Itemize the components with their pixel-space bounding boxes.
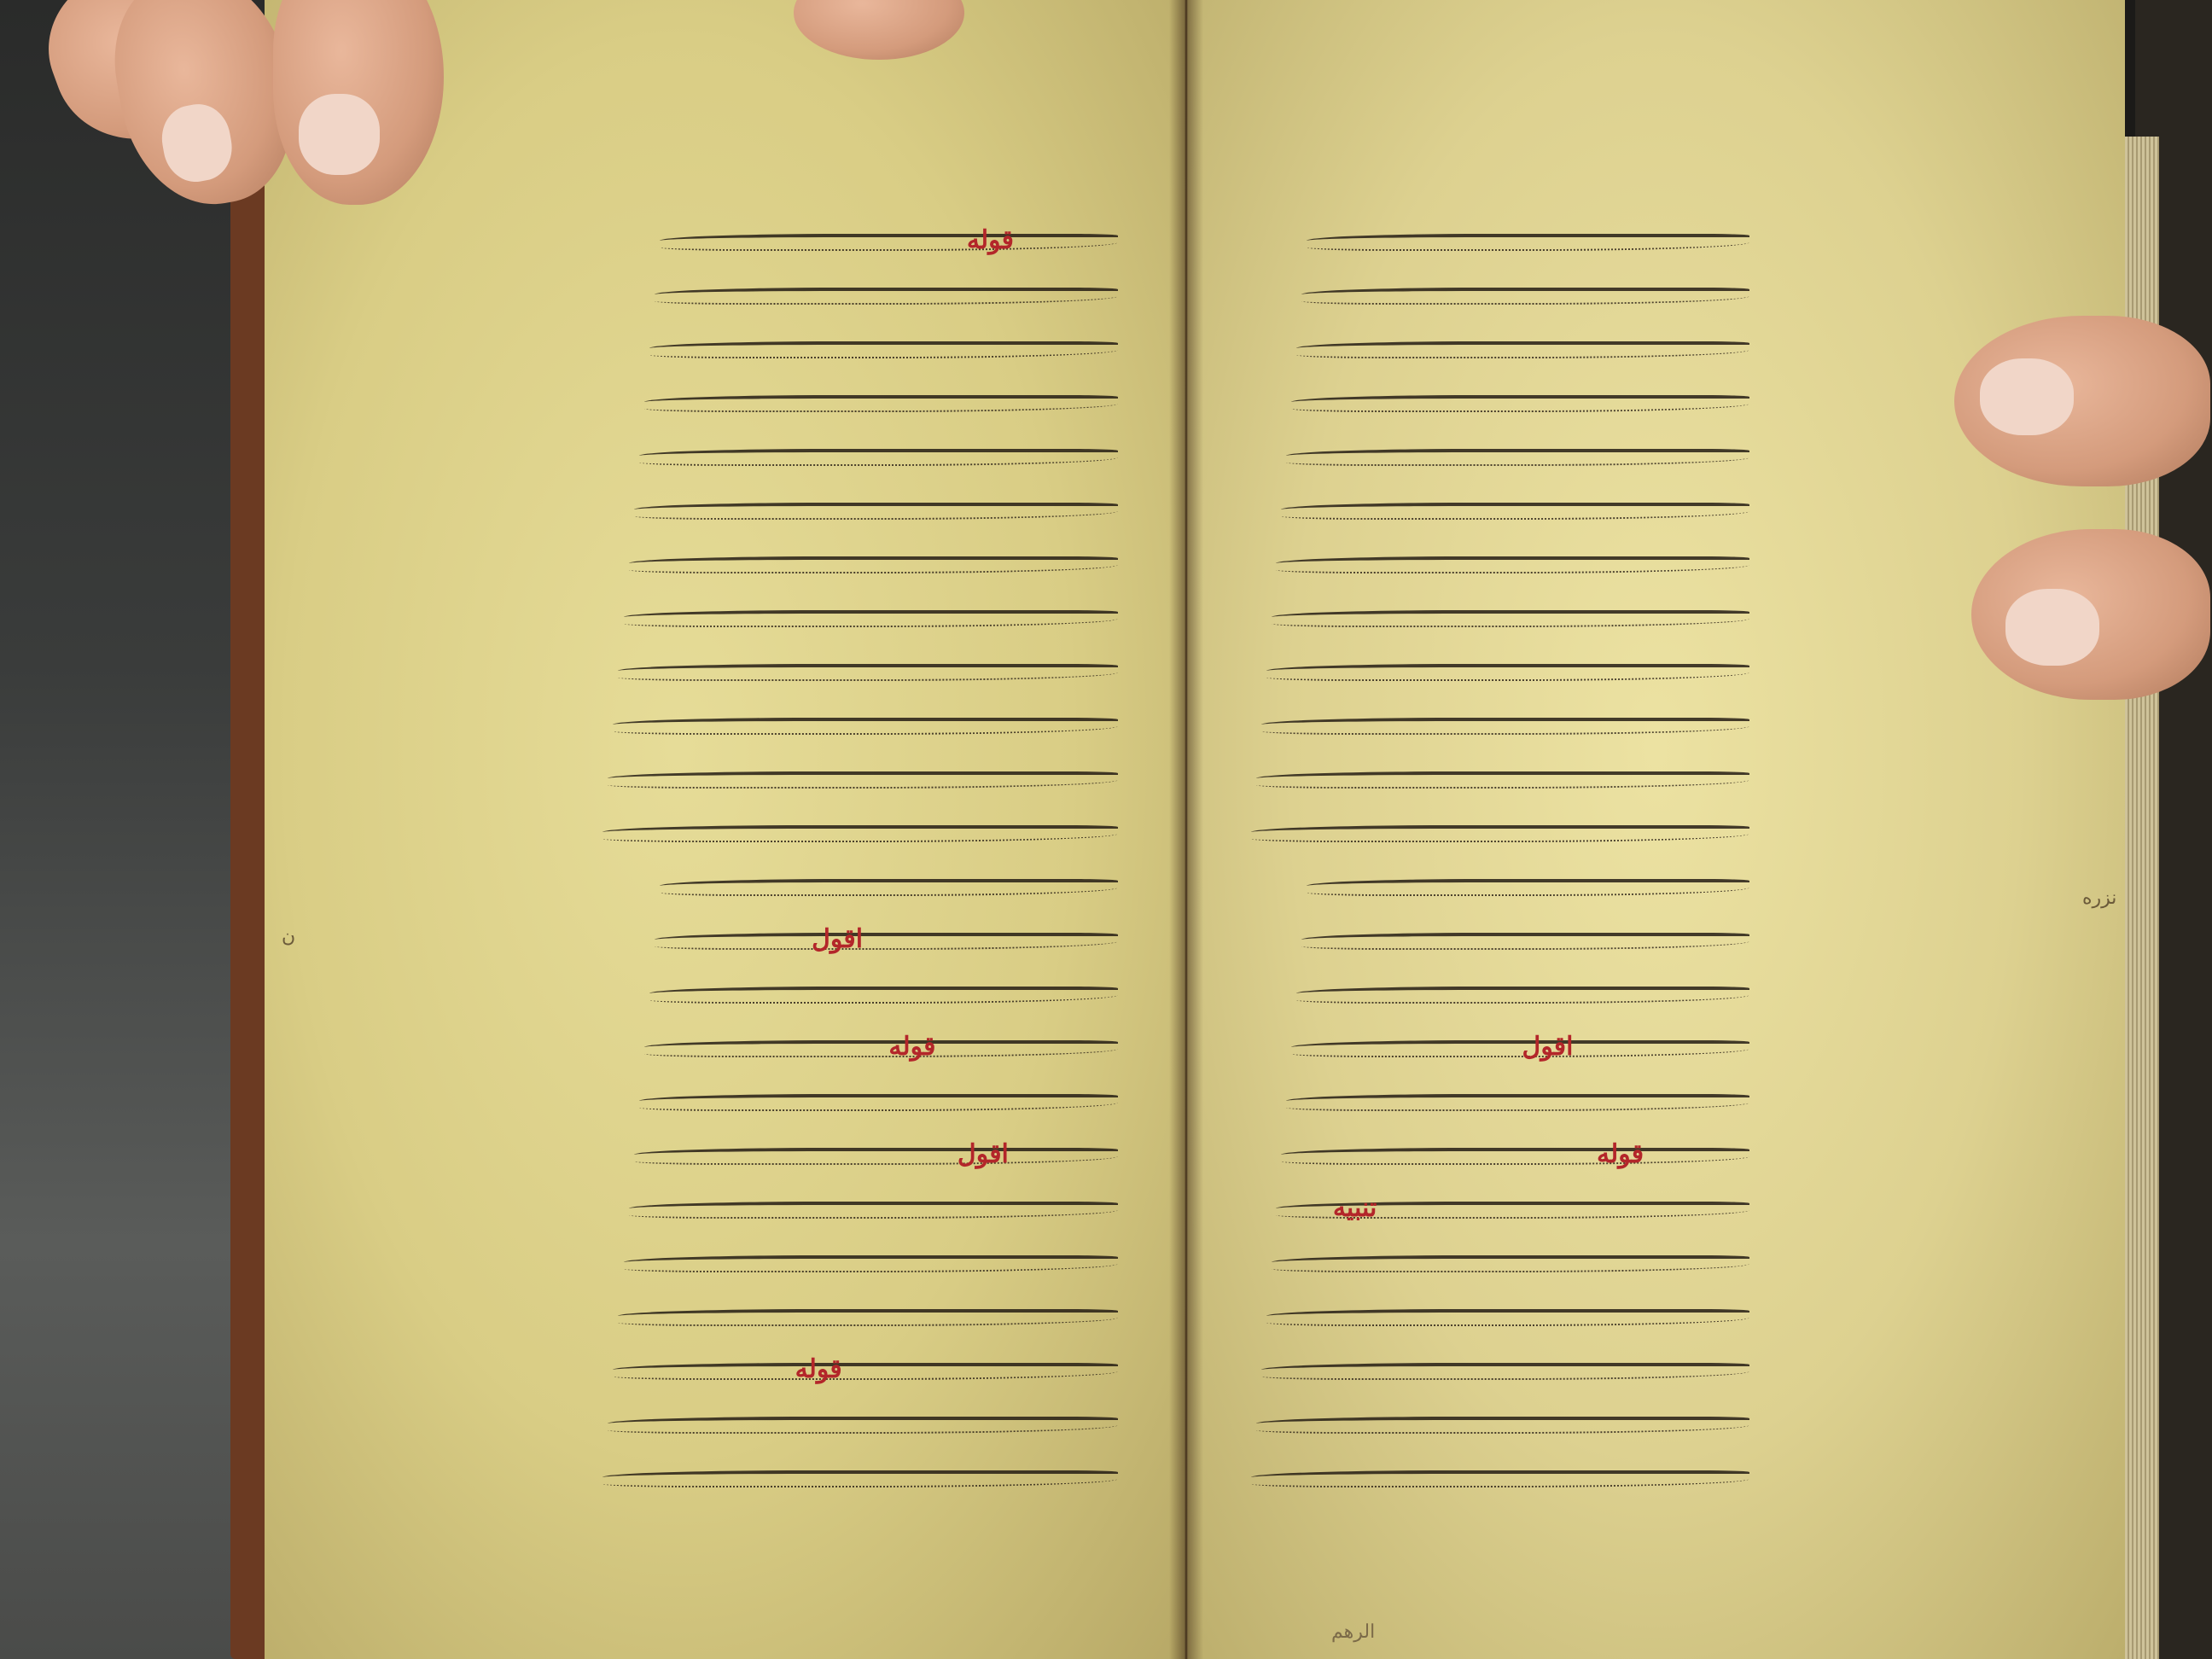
manuscript-line xyxy=(1246,1074,1749,1127)
manuscript-line xyxy=(597,751,1118,805)
manuscript-line: اقول xyxy=(597,912,1118,966)
red-rubric: قوله xyxy=(888,1032,935,1062)
manuscript-line xyxy=(597,267,1118,321)
manuscript-line xyxy=(1246,482,1749,536)
handwritten-script xyxy=(1266,664,1749,681)
manuscript-line xyxy=(1246,643,1749,697)
handwritten-script xyxy=(629,1202,1118,1219)
handwritten-script xyxy=(644,395,1118,412)
manuscript-line: قوله xyxy=(597,213,1118,267)
handwritten-script xyxy=(608,771,1118,789)
handwritten-script xyxy=(1281,503,1749,520)
manuscript-line xyxy=(597,1181,1118,1235)
handwritten-script xyxy=(1301,933,1749,950)
handwritten-script xyxy=(1281,1148,1749,1165)
handwritten-script xyxy=(660,879,1118,896)
handwritten-script xyxy=(1256,1417,1749,1434)
manuscript-line: قوله xyxy=(597,1020,1118,1074)
manuscript-line: قوله xyxy=(597,1342,1118,1396)
handwritten-script xyxy=(1261,718,1749,735)
manuscript-line xyxy=(597,375,1118,428)
handwritten-script xyxy=(602,1470,1118,1487)
handwritten-script xyxy=(1251,1470,1749,1487)
hand-right-finger-2 xyxy=(1971,529,2210,700)
handwritten-script xyxy=(602,825,1118,842)
manuscript-line xyxy=(1246,321,1749,375)
handwritten-script xyxy=(1256,771,1749,789)
handwritten-script xyxy=(649,341,1118,358)
left-margin-note: ن xyxy=(282,926,295,947)
handwritten-script xyxy=(1276,556,1749,573)
handwritten-script xyxy=(655,933,1118,950)
handwritten-script xyxy=(660,234,1118,251)
manuscript-line xyxy=(1246,536,1749,590)
manuscript-line xyxy=(1246,1235,1749,1289)
handwritten-script xyxy=(1301,288,1749,305)
manuscript-line xyxy=(597,590,1118,643)
manuscript-line xyxy=(1246,428,1749,482)
handwritten-script xyxy=(1272,1255,1750,1272)
manuscript-line xyxy=(597,536,1118,590)
red-rubric: اقول xyxy=(1522,1032,1574,1062)
handwritten-script xyxy=(1261,1363,1749,1380)
manuscript-line xyxy=(597,428,1118,482)
handwritten-script xyxy=(608,1417,1118,1434)
manuscript-line xyxy=(1246,213,1749,267)
handwritten-script xyxy=(1272,610,1750,627)
manuscript-line xyxy=(597,482,1118,536)
handwritten-script xyxy=(1291,395,1749,412)
handwritten-script xyxy=(624,610,1119,627)
red-rubric: قوله xyxy=(1597,1139,1644,1169)
manuscript-line xyxy=(1246,697,1749,751)
handwritten-script xyxy=(618,664,1118,681)
handwritten-script xyxy=(1307,879,1749,896)
manuscript-line xyxy=(1246,1289,1749,1342)
manuscript-line xyxy=(597,1235,1118,1289)
manuscript-line xyxy=(597,1289,1118,1342)
manuscript-line xyxy=(597,1450,1118,1504)
red-rubric: قوله xyxy=(795,1354,842,1384)
red-rubric: قوله xyxy=(967,225,1014,255)
manuscript-line xyxy=(1246,267,1749,321)
manuscript-line xyxy=(1246,590,1749,643)
manuscript-line xyxy=(1246,805,1749,859)
manuscript-line: اقول xyxy=(1246,1020,1749,1074)
handwritten-script xyxy=(1296,987,1749,1004)
manuscript-line xyxy=(597,697,1118,751)
red-rubric: اقول xyxy=(958,1139,1009,1169)
handwritten-script xyxy=(634,1148,1118,1165)
handwritten-script xyxy=(624,1255,1119,1272)
manuscript-line xyxy=(1246,751,1749,805)
manuscript-line: تنبيه xyxy=(1246,1181,1749,1235)
handwritten-script xyxy=(655,288,1118,305)
handwritten-script xyxy=(1296,341,1749,358)
book-gutter xyxy=(1169,0,1203,1659)
manuscript-line xyxy=(597,1396,1118,1450)
handwritten-script xyxy=(1251,825,1749,842)
manuscript-line xyxy=(597,859,1118,912)
handwritten-script xyxy=(1286,1094,1749,1111)
handwritten-script xyxy=(1266,1309,1749,1326)
manuscript-line xyxy=(1246,966,1749,1020)
handwritten-script xyxy=(1291,1040,1749,1057)
handwritten-script xyxy=(649,987,1118,1004)
handwritten-script xyxy=(1307,234,1749,251)
manuscript-line xyxy=(1246,375,1749,428)
manuscript-line: اقول xyxy=(597,1127,1118,1181)
handwritten-script xyxy=(634,503,1118,520)
footer-note: الرهم xyxy=(1331,1621,1375,1643)
manuscript-line xyxy=(597,966,1118,1020)
manuscript-line xyxy=(1246,912,1749,966)
manuscript-line xyxy=(597,321,1118,375)
handwritten-script xyxy=(613,718,1118,735)
right-text-block: اقولقولهتنبيه xyxy=(1246,213,1749,1504)
handwritten-script xyxy=(618,1309,1118,1326)
manuscript-line xyxy=(1246,1450,1749,1504)
manuscript-line xyxy=(597,643,1118,697)
manuscript-line xyxy=(1246,1396,1749,1450)
manuscript-line: قوله xyxy=(1246,1127,1749,1181)
manuscript-line xyxy=(597,1074,1118,1127)
manuscript-line xyxy=(1246,1342,1749,1396)
right-margin-note: نزره xyxy=(2082,888,2116,909)
manuscript-line xyxy=(1246,859,1749,912)
handwritten-script xyxy=(639,449,1118,466)
hand-right-finger-1 xyxy=(1954,316,2210,486)
handwritten-script xyxy=(613,1363,1118,1380)
left-text-block: قولهاقولقولهاقولقوله xyxy=(597,213,1118,1504)
handwritten-script xyxy=(644,1040,1118,1057)
handwritten-script xyxy=(1286,449,1749,466)
handwritten-script xyxy=(629,556,1118,573)
handwritten-script xyxy=(639,1094,1118,1111)
red-rubric: تنبيه xyxy=(1333,1193,1377,1223)
red-rubric: اقول xyxy=(812,924,863,954)
manuscript-line xyxy=(597,805,1118,859)
